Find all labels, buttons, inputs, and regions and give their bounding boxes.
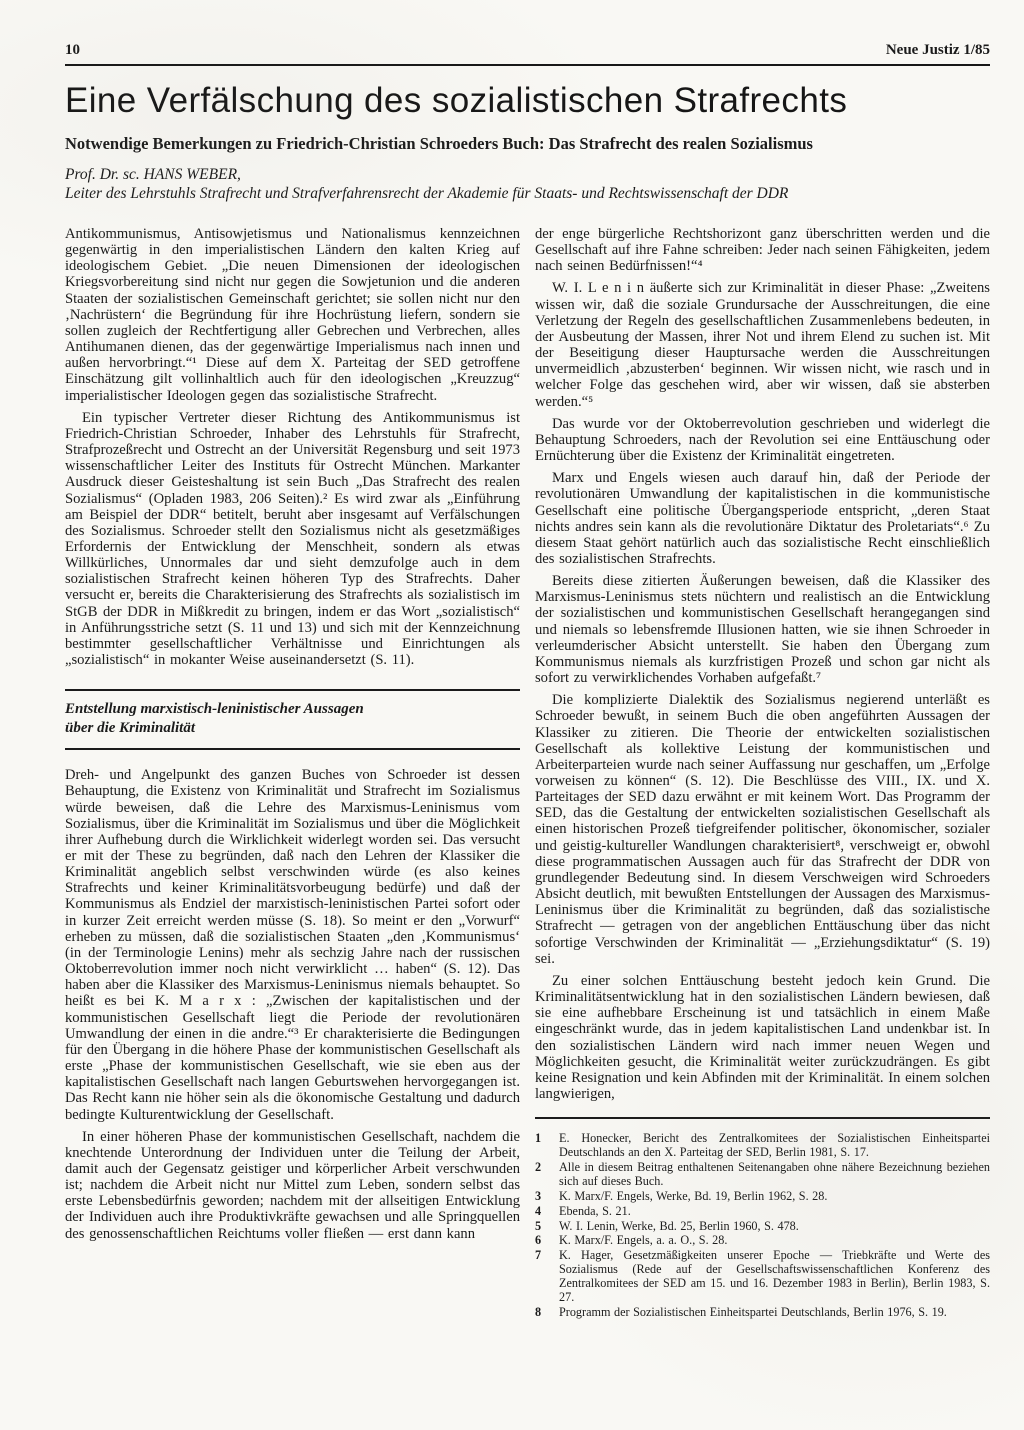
footnote-text: K. Marx/F. Engels, Werke, Bd. 19, Berlin… [559, 1190, 990, 1204]
footnote-text: E. Honecker, Bericht des Zentralkomitees… [559, 1132, 990, 1160]
paragraph: W. I. L e n i n äußerte sich zur Krimina… [535, 280, 990, 409]
paragraph: Zu einer solchen Enttäuschung besteht je… [535, 973, 990, 1102]
paragraph: der enge bürgerliche Rechtshorizont ganz… [535, 226, 990, 274]
paragraph: Das wurde vor der Oktoberrevolution gesc… [535, 416, 990, 464]
left-column: Antikommunismus, Antisowjetismus und Nat… [65, 226, 520, 1321]
paragraph: Bereits diese zitierten Äußerungen bewei… [535, 573, 990, 686]
footnote-item: 1 E. Honecker, Bericht des Zentralkomite… [535, 1132, 990, 1160]
footnote-text: W. I. Lenin, Werke, Bd. 25, Berlin 1960,… [559, 1220, 990, 1234]
journal-page: 10 Neue Justiz 1/85 Eine Verfälschung de… [0, 0, 1024, 1430]
page-header: 10 Neue Justiz 1/85 [65, 42, 990, 66]
footnote-item: 5 W. I. Lenin, Werke, Bd. 25, Berlin 196… [535, 1220, 990, 1234]
footnote-text: Programm der Sozialistischen Einheitspar… [559, 1306, 990, 1320]
footnote-item: 7 K. Hager, Gesetzmäßigkeiten unserer Ep… [535, 1249, 990, 1305]
footnote-item: 3 K. Marx/F. Engels, Werke, Bd. 19, Berl… [535, 1190, 990, 1204]
footnote-text: Alle in diesem Beitrag enthaltenen Seite… [559, 1161, 990, 1189]
section-heading-line: Entstellung marxistisch-leninistischer A… [65, 700, 520, 719]
author-name: Prof. Dr. sc. HANS WEBER, [65, 165, 990, 184]
paragraph: Ein typischer Vertreter dieser Richtung … [65, 410, 520, 669]
paragraph: In einer höheren Phase der kommunistisch… [65, 1129, 520, 1242]
section-heading: Entstellung marxistisch-leninistischer A… [65, 689, 520, 750]
footnote-number: 8 [535, 1306, 549, 1320]
footnote-number: 3 [535, 1190, 549, 1204]
right-column: der enge bürgerliche Rechtshorizont ganz… [535, 226, 990, 1321]
footnote-separator [535, 1117, 990, 1119]
paragraph: Dreh- und Angelpunkt des ganzen Buches v… [65, 767, 520, 1122]
footnote-number: 7 [535, 1249, 549, 1305]
footnote-item: 8 Programm der Sozialistischen Einheitsp… [535, 1306, 990, 1320]
paragraph: Antikommunismus, Antisowjetismus und Nat… [65, 226, 520, 404]
article-subtitle: Notwendige Bemerkungen zu Friedrich-Chri… [65, 134, 990, 153]
paragraph: Marx und Engels wiesen auch darauf hin, … [535, 470, 990, 567]
footnote-text: K. Hager, Gesetzmäßigkeiten unserer Epoc… [559, 1249, 990, 1305]
page-number: 10 [65, 42, 80, 59]
article-title: Eine Verfälschung des sozialistischen St… [65, 82, 990, 120]
author-affiliation: Leiter des Lehrstuhls Strafrecht und Str… [65, 184, 990, 203]
section-heading-line: über die Kriminalität [65, 719, 520, 738]
journal-title: Neue Justiz 1/85 [886, 42, 990, 59]
footnote-number: 5 [535, 1220, 549, 1234]
section-heading-text: Entstellung marxistisch-leninistischer A… [65, 691, 520, 748]
footnote-text: K. Marx/F. Engels, a. a. O., S. 28. [559, 1234, 990, 1248]
footnote-item: 4 Ebenda, S. 21. [535, 1205, 990, 1219]
paragraph: Die komplizierte Dialektik des Sozialism… [535, 692, 990, 967]
footnote-number: 2 [535, 1161, 549, 1189]
footnote-item: 2 Alle in diesem Beitrag enthaltenen Sei… [535, 1161, 990, 1189]
footnote-number: 1 [535, 1132, 549, 1160]
article-body: Antikommunismus, Antisowjetismus und Nat… [65, 226, 990, 1321]
footnote-number: 4 [535, 1205, 549, 1219]
section-rule-bottom [65, 748, 520, 750]
footnotes: 1 E. Honecker, Bericht des Zentralkomite… [535, 1132, 990, 1320]
footnote-item: 6 K. Marx/F. Engels, a. a. O., S. 28. [535, 1234, 990, 1248]
footnote-text: Ebenda, S. 21. [559, 1205, 990, 1219]
footnote-number: 6 [535, 1234, 549, 1248]
